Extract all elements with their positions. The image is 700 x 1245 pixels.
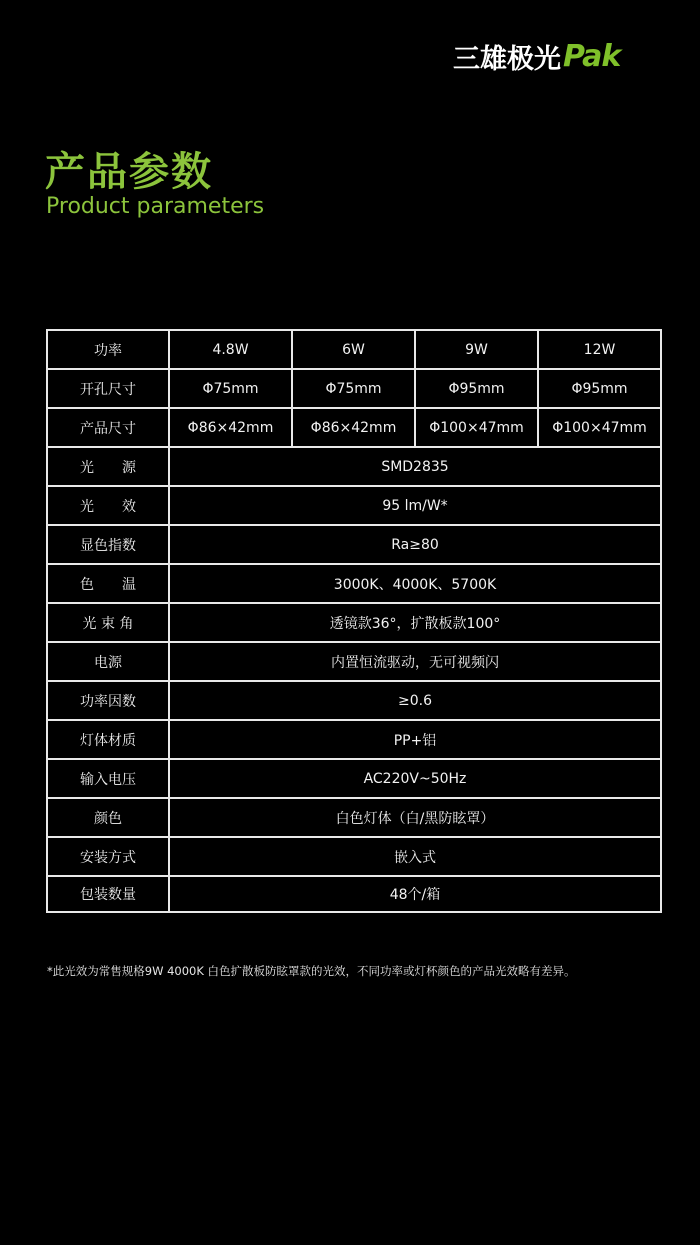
table-cell: 48个/箱 (170, 877, 660, 911)
table-cell: ≥0.6 (170, 682, 660, 719)
table-cell: SMD2835 (170, 448, 660, 485)
table-cell: 嵌入式 (170, 838, 660, 875)
table-row: 光 源 SMD2835 (48, 448, 660, 485)
page-title: 产品参数 (45, 140, 213, 197)
table-row: 光 效 95 lm/W* (48, 487, 660, 524)
row-label: 光 源 (48, 448, 168, 485)
table-cell: Φ100×47mm (539, 409, 660, 446)
row-label: 灯体材质 (48, 721, 168, 758)
row-label: 功率 (48, 331, 168, 368)
column-header: 6W (293, 331, 414, 368)
table-cell: 透镜款36°，扩散板款100° (170, 604, 660, 641)
table-cell: Ra≥80 (170, 526, 660, 563)
row-label: 功率因数 (48, 682, 168, 719)
row-label: 包装数量 (48, 877, 168, 911)
row-label: 显色指数 (48, 526, 168, 563)
column-header: 4.8W (170, 331, 291, 368)
table-cell: 95 lm/W* (170, 487, 660, 524)
row-label: 产品尺寸 (48, 409, 168, 446)
row-label: 安装方式 (48, 838, 168, 875)
table-row-power: 功率 4.8W 6W 9W 12W (48, 331, 660, 368)
table-cell: Φ75mm (170, 370, 291, 407)
row-label: 颜色 (48, 799, 168, 836)
table-row: 电源 内置恒流驱动，无可视频闪 (48, 643, 660, 680)
table-row: 灯体材质 PP+铝 (48, 721, 660, 758)
table-row: 产品尺寸 Φ86×42mm Φ86×42mm Φ100×47mm Φ100×47… (48, 409, 660, 446)
brand-name-en: Pak (563, 39, 620, 74)
table-cell: 白色灯体（白/黑防眩罩） (170, 799, 660, 836)
table-row: 安装方式 嵌入式 (48, 838, 660, 875)
table-row: 功率因数 ≥0.6 (48, 682, 660, 719)
table-cell: PP+铝 (170, 721, 660, 758)
table-cell: Φ86×42mm (170, 409, 291, 446)
table-row: 色 温 3000K、4000K、5700K (48, 565, 660, 602)
table-cell: Φ95mm (539, 370, 660, 407)
table-row: 开孔尺寸 Φ75mm Φ75mm Φ95mm Φ95mm (48, 370, 660, 407)
brand-logo: 三雄极光 Pak (453, 38, 620, 74)
row-label: 光 效 (48, 487, 168, 524)
parameters-table: 功率 4.8W 6W 9W 12W 开孔尺寸 Φ75mm Φ75mm Φ95mm… (46, 329, 662, 913)
table-cell: 内置恒流驱动，无可视频闪 (170, 643, 660, 680)
table-row: 包装数量 48个/箱 (48, 877, 660, 911)
table-row: 输入电压 AC220V~50Hz (48, 760, 660, 797)
table-cell: 3000K、4000K、5700K (170, 565, 660, 602)
table-row: 光 束 角 透镜款36°，扩散板款100° (48, 604, 660, 641)
table-cell: AC220V~50Hz (170, 760, 660, 797)
column-header: 9W (416, 331, 537, 368)
table-cell: Φ86×42mm (293, 409, 414, 446)
row-label: 色 温 (48, 565, 168, 602)
row-label: 输入电压 (48, 760, 168, 797)
row-label: 光 束 角 (48, 604, 168, 641)
column-header: 12W (539, 331, 660, 368)
page-subtitle: Product parameters (46, 194, 264, 219)
brand-name-cn: 三雄极光 (453, 37, 561, 76)
row-label: 开孔尺寸 (48, 370, 168, 407)
row-label: 电源 (48, 643, 168, 680)
table-cell: Φ95mm (416, 370, 537, 407)
table-cell: Φ75mm (293, 370, 414, 407)
footnote: *此光效为常售规格9W 4000K 白色扩散板防眩罩款的光效，不同功率或灯杯颜色… (47, 963, 576, 979)
table-row: 颜色 白色灯体（白/黑防眩罩） (48, 799, 660, 836)
table-row: 显色指数 Ra≥80 (48, 526, 660, 563)
table-cell: Φ100×47mm (416, 409, 537, 446)
